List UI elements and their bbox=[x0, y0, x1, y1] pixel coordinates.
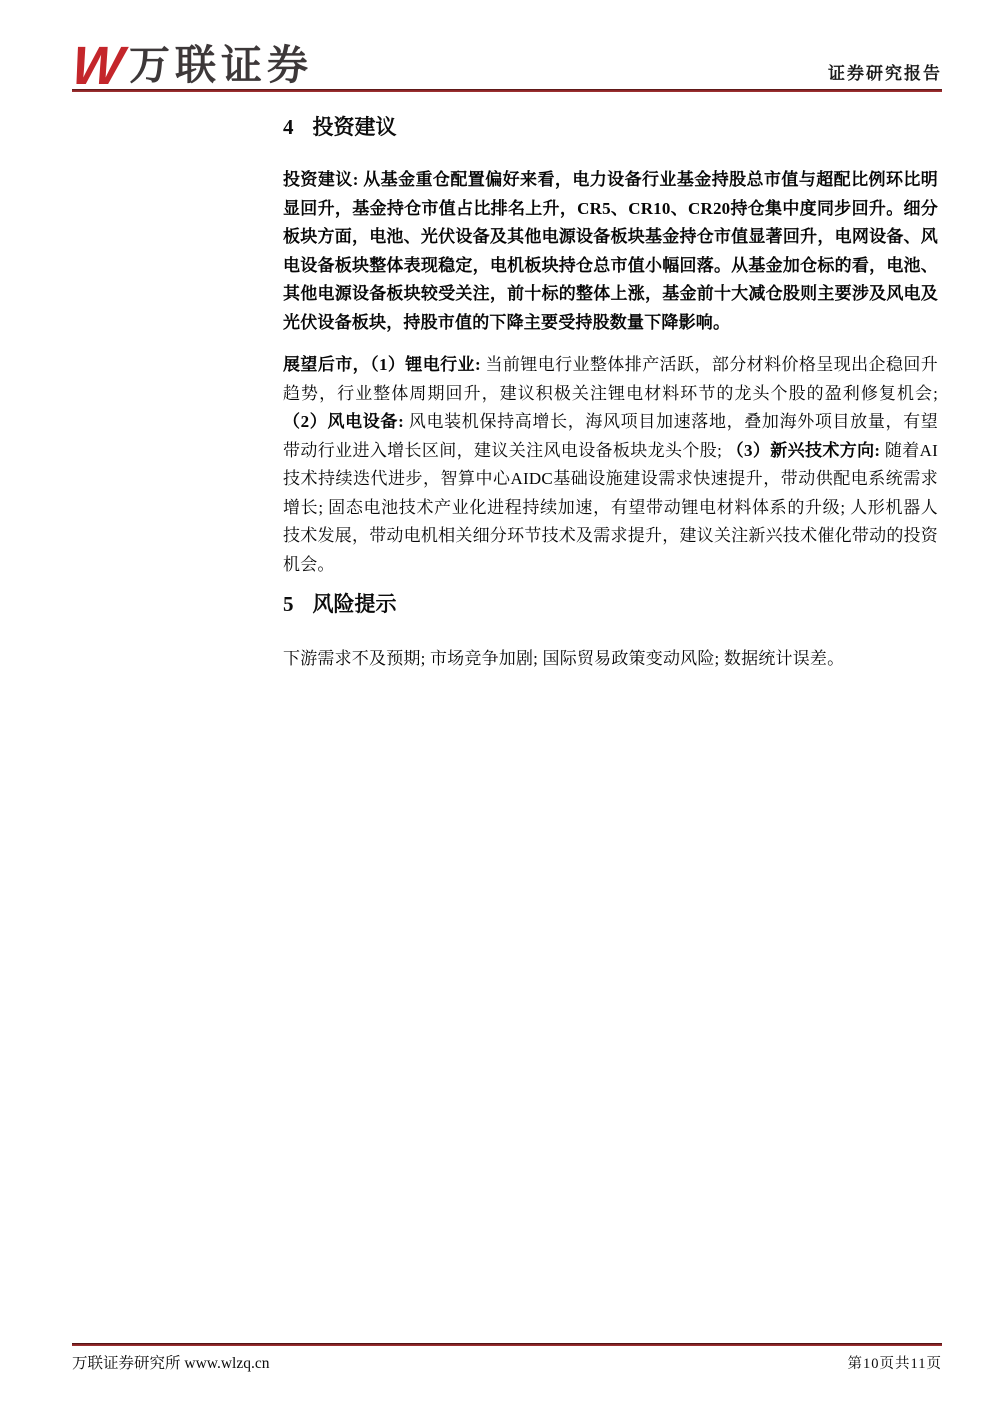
paragraph-investment-advice: 投资建议: 从基金重仓配置偏好来看，电力设备行业基金持股总市值与超配比例环比明显… bbox=[283, 166, 938, 337]
research-institute-label: 万联证券研究所 www.wlzq.cn bbox=[72, 1353, 269, 1375]
footer-divider bbox=[72, 1343, 942, 1346]
brand-logo: W 万联证券 bbox=[72, 45, 313, 86]
logo-w-icon: W bbox=[70, 46, 123, 86]
content-column: 4 投资建议 投资建议: 从基金重仓配置偏好来看，电力设备行业基金持股总市值与超… bbox=[283, 112, 938, 674]
section-title: 投资建议 bbox=[313, 112, 397, 142]
section-number: 4 bbox=[283, 112, 294, 142]
footer-row: 万联证券研究所 www.wlzq.cn 第10页共11页 bbox=[72, 1353, 942, 1375]
paragraph-outlook: 展望后市，（1）锂电行业: 当前锂电行业整体排产活跃，部分材料价格呈现出企稳回升… bbox=[283, 351, 938, 579]
page-number-label: 第10页共11页 bbox=[848, 1353, 942, 1375]
page-header: W 万联证券 证券研究报告 bbox=[72, 40, 942, 92]
section-heading-risk: 5 风险提示 bbox=[283, 589, 938, 619]
logo-text: 万联证券 bbox=[129, 45, 313, 86]
page-footer: 万联证券研究所 www.wlzq.cn 第10页共11页 bbox=[72, 1343, 942, 1375]
section-heading-investment-advice: 4 投资建议 bbox=[283, 112, 938, 142]
section-title: 风险提示 bbox=[313, 589, 397, 619]
report-type-label: 证券研究报告 bbox=[828, 64, 942, 86]
section-number: 5 bbox=[283, 589, 294, 619]
paragraph-risk: 下游需求不及预期; 市场竞争加剧; 国际贸易政策变动风险; 数据统计误差。 bbox=[283, 645, 938, 674]
report-page: W 万联证券 证券研究报告 4 投资建议 投资建议: 从基金重仓配置偏好来看，电… bbox=[0, 0, 1000, 1414]
header-brand-row: W 万联证券 证券研究报告 bbox=[72, 40, 942, 86]
header-divider bbox=[72, 89, 942, 92]
